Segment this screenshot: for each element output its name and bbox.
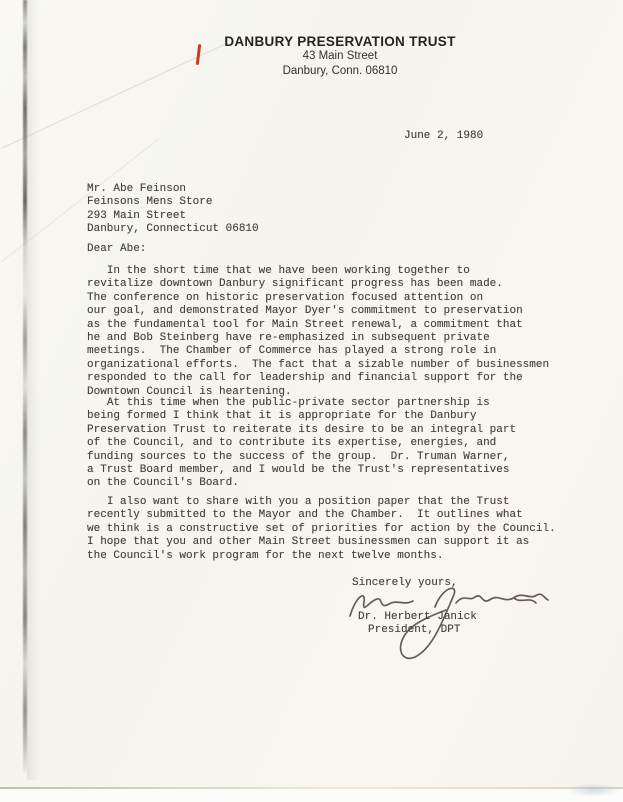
salutation: Dear Abe:: [87, 243, 146, 256]
body-paragraph-2: At this time when the public-private sec…: [87, 397, 567, 491]
binding-streak: [23, 0, 27, 772]
letterhead-address-line2: Danbury, Conn. 06810: [105, 64, 575, 79]
letterhead-org-name: DANBURY PRESERVATION TRUST: [105, 34, 575, 49]
recipient-address-block: Mr. Abe Feinson Feinsons Mens Store 293 …: [87, 183, 259, 237]
signer-typed-title: President, DPT: [368, 624, 460, 637]
body-paragraph-1: In the short time that we have been work…: [87, 265, 567, 399]
body-paragraph-3: I also want to share with you a position…: [87, 496, 577, 563]
scan-background-strip: [0, 789, 623, 802]
letterhead: DANBURY PRESERVATION TRUST 43 Main Stree…: [105, 34, 575, 78]
paper-bottom-edge: [0, 787, 623, 789]
complimentary-closing: Sincerely yours,: [352, 577, 458, 590]
letterhead-address-line1: 43 Main Street: [105, 49, 575, 64]
letter-date: June 2, 1980: [404, 130, 483, 143]
scanned-letter-page: DANBURY PRESERVATION TRUST 43 Main Stree…: [0, 0, 623, 802]
signer-typed-name: Dr. Herbert Janick: [358, 611, 477, 624]
scan-corner-smudge: [566, 783, 621, 797]
binding-shadow: [27, 0, 39, 780]
